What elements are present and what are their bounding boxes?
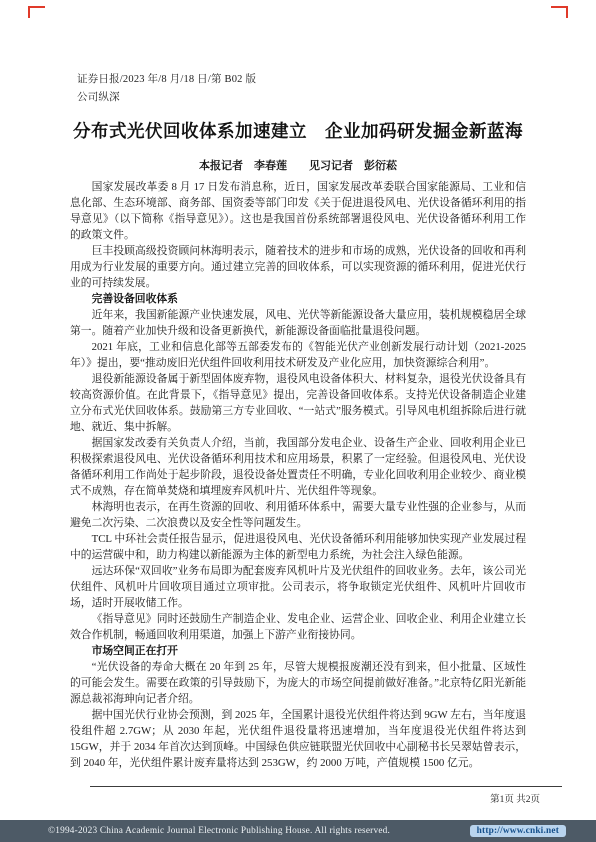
section-heading: 市场空间正在打开 — [70, 643, 526, 659]
paragraph: “光伏设备的寿命大概在 20 年到 25 年，尽管大规模报废潮还没有到来，但小批… — [70, 659, 526, 707]
corner-crop-mark-left-icon — [28, 6, 45, 18]
paragraph: 近年来，我国新能源产业快速发展，风电、光伏等新能源设备大量应用，装机规模稳居全球… — [70, 307, 526, 339]
paragraph: 远达环保“双回收”业务布局即为配套废弃风机叶片及光伏组件的回收业务。去年，该公司… — [70, 563, 526, 611]
section-heading: 完善设备回收体系 — [70, 291, 526, 307]
source-line: 证券日报/2023 年/8 月/18 日/第 B02 版 — [77, 71, 256, 89]
paragraph: TCL 中环社会责任报告显示，促进退役风电、光伏设备循环利用能够加快实现产业发展… — [70, 531, 526, 563]
cnki-copyright-band: ©1994-2023 China Academic Journal Electr… — [0, 820, 596, 842]
source-header: 证券日报/2023 年/8 月/18 日/第 B02 版 公司纵深 — [77, 71, 256, 107]
paragraph: 林海明也表示，在再生资源的回收、利用循环体系中，需要大量专业性强的企业参与，从而… — [70, 499, 526, 531]
page-indicator: 第1页 共2页 — [90, 791, 562, 805]
paragraph: 2021 年底，工业和信息化部等五部委发布的《智能光伏产业创新发展行动计划（20… — [70, 339, 526, 371]
article-byline: 本报记者 李春莲 见习记者 彭衍菘 — [0, 157, 596, 173]
paragraph: 据中国光伏行业协会预测，到 2025 年，全国累计退役光伏组件将达到 9GW 左… — [70, 707, 526, 771]
paragraph: 国家发展改革委 8 月 17 日发布消息称，近日，国家发展改革委联合国家能源局、… — [70, 179, 526, 243]
cnki-url-link[interactable]: http://www.cnki.net — [470, 825, 566, 837]
document-page: 证券日报/2023 年/8 月/18 日/第 B02 版 公司纵深 分布式光伏回… — [0, 0, 596, 842]
page-footer: 第1页 共2页 — [90, 786, 562, 805]
section-label: 公司纵深 — [77, 89, 256, 107]
paragraph: 《指导意见》同时还鼓励生产制造企业、发电企业、运营企业、回收企业、利用企业建立长… — [70, 611, 526, 643]
copyright-text: ©1994-2023 China Academic Journal Electr… — [48, 826, 390, 836]
article-title: 分布式光伏回收体系加速建立 企业加码研发掘金新蓝海 — [0, 118, 596, 143]
corner-crop-mark-right-icon — [551, 6, 568, 18]
paragraph: 退役新能源设备属于新型固体废弃物，退役风电设备体积大、材料复杂，退役光伏设备具有… — [70, 371, 526, 435]
paragraph: 巨丰投顾高级投资顾问林海明表示，随着技术的进步和市场的成熟，光伏设备的回收和再利… — [70, 243, 526, 291]
paragraph: 据国家发改委有关负责人介绍，当前，我国部分发电企业、设备生产企业、回收利用企业已… — [70, 435, 526, 499]
article-body: 国家发展改革委 8 月 17 日发布消息称，近日，国家发展改革委联合国家能源局、… — [70, 179, 526, 771]
